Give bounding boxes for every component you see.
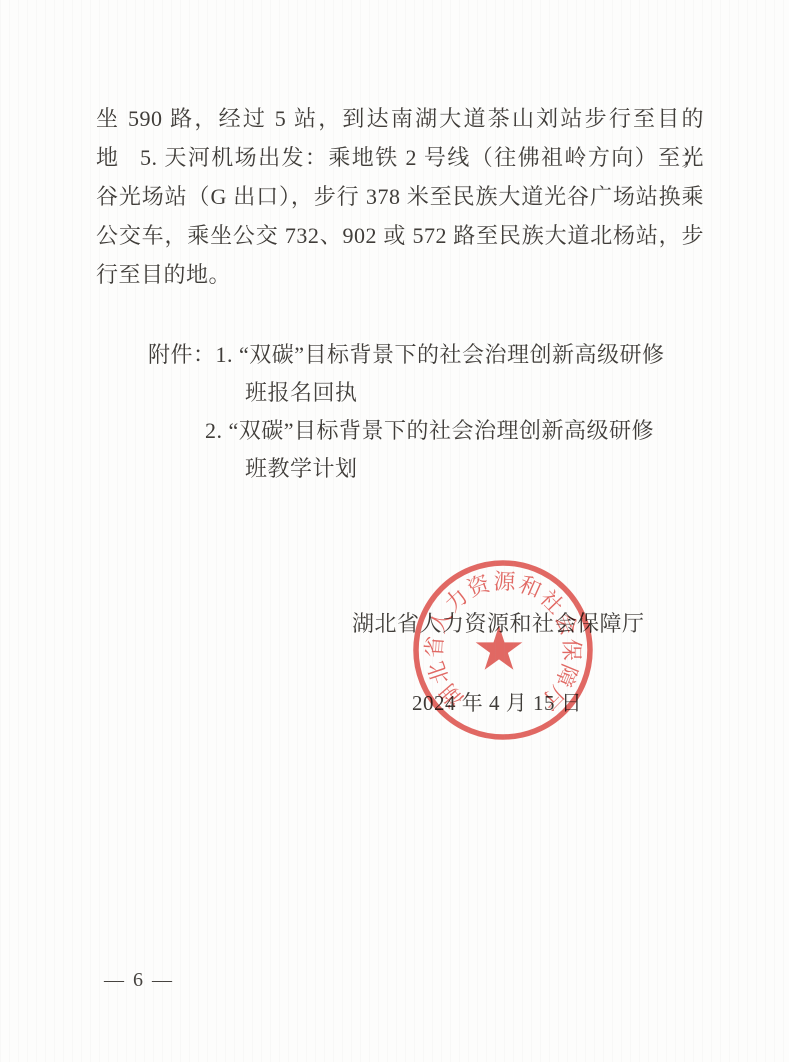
page-number: — 6 — — [104, 961, 174, 1000]
body-text-line: 5. 天河机场出发：乘地铁 2 号线（往佛祖岭方向）至光 — [96, 138, 704, 177]
body-text-line: 坐 590 路，经过 5 站，到达南湖大道茶山刘站步行至目的地； — [96, 99, 704, 138]
official-seal: 湖北省人力资源和社会保障厅 — [388, 535, 618, 765]
attachment-list-item-1: 附件：1. “双碳”目标背景下的社会治理创新高级研修 — [148, 335, 665, 374]
body-text-line: 谷光场站（G 出口），步行 378 米至民族大道光谷广场站换乘 — [96, 177, 704, 216]
document-page: 坐 590 路，经过 5 站，到达南湖大道茶山刘站步行至目的地； 5. 天河机场… — [0, 0, 789, 1062]
attachment-list-item-2: 2. “双碳”目标背景下的社会治理创新高级研修 — [205, 411, 654, 450]
attachment-list-item-1-continuation: 班报名回执 — [245, 373, 358, 412]
body-text-line: 公交车，乘坐公交 732、902 或 572 路至民族大道北杨站，步 — [96, 216, 704, 255]
seal-star-icon — [476, 626, 523, 670]
body-text-line: 行至目的地。 — [96, 255, 704, 294]
attachment-list-item-2-continuation: 班教学计划 — [245, 449, 358, 488]
